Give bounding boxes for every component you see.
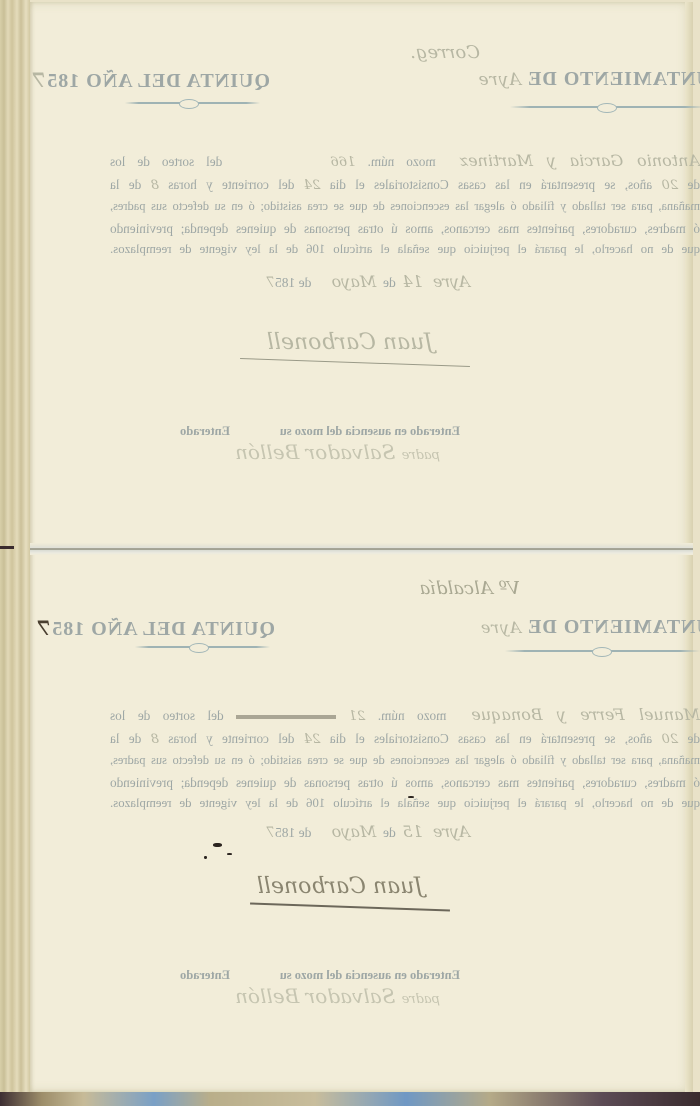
quinta-title: QUINTA DEL AÑO 1857 — [31, 68, 270, 93]
ornament-rule — [505, 650, 700, 652]
book-spine — [0, 0, 30, 1100]
form-header: AYUNTAMIENTO DE Ayre QUINTA DEL AÑO 1857… — [60, 68, 700, 102]
body-line-2: de 20 años, se presentará en las casas C… — [110, 728, 700, 751]
enterado-absent-label: Enterado en ausencia del mozo su — [280, 968, 460, 983]
ink-speck — [408, 796, 414, 798]
absent-relative-signature: padre Salvador Bellón — [235, 440, 440, 464]
ink-speck — [227, 853, 232, 855]
body-line-4: ó madres, curadores, parientes mas cerca… — [110, 218, 700, 240]
ornament-rule — [125, 102, 260, 104]
annotation-handwritten: Vº Alcaldía — [419, 578, 520, 599]
signature-flourish — [240, 358, 470, 367]
enterado-label: Enterado — [180, 424, 230, 439]
citation-form-1: AYUNTAMIENTO DE Ayre QUINTA DEL AÑO 1857… — [60, 0, 700, 540]
body-line-1: Antonio Garcia y Martinez mozo núm. 166 … — [110, 150, 700, 174]
enterado-absent-label: Enterado en ausencia del mozo su — [280, 424, 460, 439]
ornament-rule — [510, 106, 700, 108]
book-scan: AYUNTAMIENTO DE Ayre QUINTA DEL AÑO 1857… — [0, 0, 700, 1106]
ornament-rule — [135, 646, 270, 648]
town-name-handwritten: Ayre — [480, 618, 521, 637]
body-line-3: mañana, para ser tallado y filiado ó ale… — [110, 750, 700, 772]
mirrored-content: AYUNTAMIENTO DE Ayre QUINTA DEL AÑO 1857… — [60, 558, 700, 1098]
body-line-1: Manuel Ferre y Bonaque mozo núm. 21 del … — [110, 704, 700, 728]
form-body: Manuel Ferre y Bonaque mozo núm. 21 del … — [110, 704, 700, 815]
body-line-3: mañana, para ser tallado y filiado ó ale… — [110, 196, 700, 218]
page-fold-line — [30, 543, 693, 555]
absent-relative-signature: padre Salvador Bellón — [235, 984, 440, 1008]
ink-speck — [213, 843, 222, 847]
ink-speck — [204, 856, 207, 859]
enterado-label: Enterado — [180, 968, 230, 983]
body-line-5: que de no hacerlo, le parará el perjuici… — [110, 239, 700, 261]
mayor-signature: Juan Carbonell — [210, 874, 470, 899]
mayor-signature: Juan Carbonell — [220, 330, 480, 355]
spine-notch — [0, 546, 14, 549]
date-line: Ayre 14 de Mayo de 1857 — [266, 272, 470, 291]
body-line-5: que de no hacerlo, le parará el perjuici… — [110, 793, 700, 815]
ayuntamiento-title: AYUNTAMIENTO DE Ayre — [478, 68, 700, 91]
mirrored-content: AYUNTAMIENTO DE Ayre QUINTA DEL AÑO 1857… — [60, 0, 700, 540]
date-line: Ayre 15 de Mayo de 1857 — [266, 822, 470, 841]
body-line-2: de 20 años, se presentará en las casas C… — [110, 174, 700, 197]
ayuntamiento-title: AYUNTAMIENTO DE Ayre — [480, 616, 700, 639]
citation-form-2: AYUNTAMIENTO DE Ayre QUINTA DEL AÑO 1857… — [60, 558, 700, 1098]
quinta-title: QUINTA DEL AÑO 1857 — [36, 616, 275, 641]
town-name-handwritten: Ayre — [478, 70, 521, 90]
form-header: AYUNTAMIENTO DE Ayre QUINTA DEL AÑO 1857… — [60, 616, 700, 650]
body-line-4: ó madres, curadores, parientes mas cerca… — [110, 772, 700, 794]
signature-flourish — [250, 903, 450, 912]
form-body: Antonio Garcia y Martinez mozo núm. 166 … — [110, 150, 700, 261]
annotation-handwritten: Correg. — [410, 42, 480, 63]
